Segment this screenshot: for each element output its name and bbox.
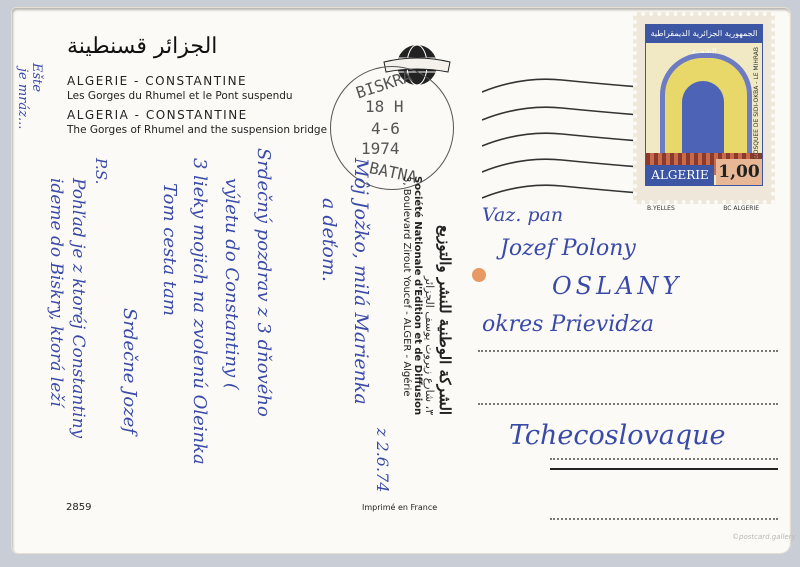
publisher-arabic-name: الشركة الوطنية للنشر والتوزيع — [436, 176, 454, 415]
publisher-arabic-address: ٣، شارع زيروت يوسف الجزائر — [423, 176, 436, 415]
stamp-value: 1,00 — [716, 159, 762, 185]
address-dotted-line — [478, 403, 778, 405]
message-side-line-1: Môj Jožko, milá Marienka — [350, 158, 372, 405]
printed-in: Imprimé en France — [362, 503, 437, 512]
message-line: výletu do Constantiny ( — [221, 178, 242, 390]
french-heading: ALGERIE - CONSTANTINE — [67, 74, 247, 88]
address-solid-line — [550, 468, 778, 470]
publisher-name: Société Nationale d'Edition et de Diffus… — [412, 176, 423, 415]
stain-spot — [472, 268, 486, 282]
postmark-date: 4-6 — [371, 119, 400, 138]
address-country: Tchecoslovaque — [509, 420, 726, 451]
message-date: z 2.6.74 — [373, 428, 392, 492]
address-line-2: Jozef Polony — [500, 236, 636, 261]
postmark: BISKRA 18 H 4-6 1974 BATNA — [330, 66, 454, 190]
address-line-4: okres Prievidza — [482, 312, 654, 337]
watermark: ©postcard.gallery — [732, 533, 796, 541]
address-dotted-line — [550, 458, 778, 460]
postmark-year: 1974 — [361, 139, 400, 158]
stamp-subject: MOSQUEE DE SIDI-OKBA - LE MIHRAB — [753, 47, 760, 159]
address-line-3: OSLANY — [552, 272, 682, 300]
english-caption: The Gorges of Rhumel and the suspension … — [67, 124, 327, 136]
left-edge-note: Ešte — [29, 63, 44, 92]
address-line-1: Vaz. pan — [482, 204, 563, 226]
postage-stamp: الجمهورية الجزائرية الديمقراطية الشعبية … — [633, 12, 775, 204]
message-line: Srdečný pozdrav z 3 dňového — [253, 148, 274, 417]
stamp-arabic-band: الجمهورية الجزائرية الديمقراطية الشعبية — [646, 25, 762, 43]
stamp-printer: BC ALGERIE — [723, 205, 759, 212]
stamp-country: ALGERIE — [646, 165, 714, 185]
address-dotted-line — [478, 350, 778, 352]
publisher-block: الشركة الوطنية للنشر والتوزيع ٣، شارع زي… — [401, 176, 454, 415]
card-number: 2859 — [66, 502, 91, 513]
stamp-designer: B.YELLES — [647, 205, 675, 212]
postcard-back: الجزائر قسنطينة ALGERIE - CONSTANTINE Le… — [12, 8, 790, 553]
ps-line: Pohľad je z ktoréj Constantiny — [68, 178, 88, 438]
mihrab-door — [682, 81, 724, 153]
message-side-line-2: a deťom. — [318, 198, 340, 282]
ps-label: P.S. — [92, 158, 110, 184]
ps-line: ideme do Biskry, ktorá leží — [46, 178, 66, 407]
arabic-title: الجزائر قسنطينة — [67, 34, 217, 59]
publisher-address: 3, Boulevard Zirout Youcef - ALGER - Alg… — [401, 176, 412, 415]
french-caption: Les Gorges du Rhumel et le Pont suspendu — [67, 90, 293, 102]
left-edge-note: je mráz... — [15, 68, 30, 129]
english-heading: ALGERIA - CONSTANTINE — [67, 108, 248, 122]
address-dotted-line — [550, 518, 778, 520]
message-line: Tom cesta tam — [159, 183, 180, 316]
message-signature: Srdečne Jozef — [119, 308, 140, 434]
postmark-time: 18 H — [365, 97, 404, 116]
message-line: 3 lieky mojich na zvolenú Oleinka — [189, 158, 210, 465]
